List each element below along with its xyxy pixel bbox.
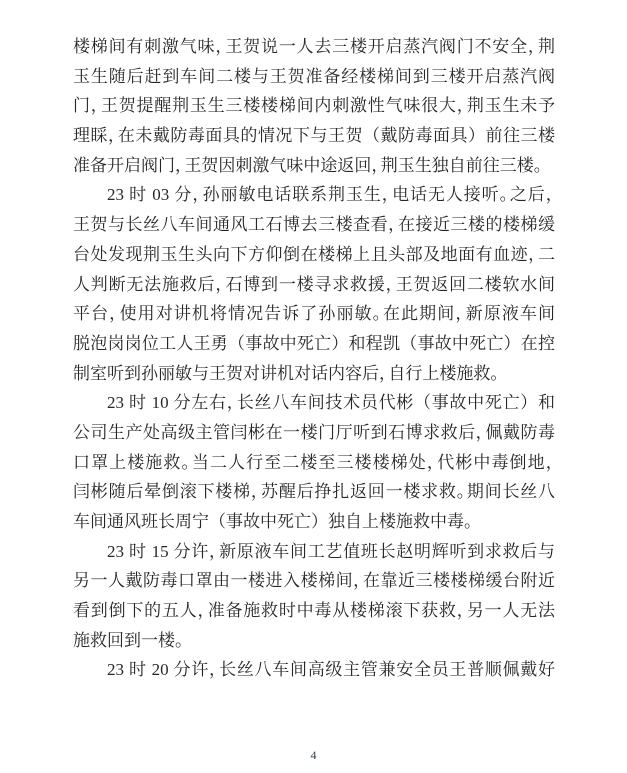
text-line: 人判断无法施救后，石博到一楼寻求救援，王贺返回二楼软水间 <box>73 270 555 300</box>
paragraph: 楼梯间有刺激气味，王贺说一人去三楼开启蒸汽阀门不安全，荆玉生随后赶到车间二楼与王… <box>73 32 555 180</box>
paragraph: 23 时 03 分，孙丽敏电话联系荆玉生，电话无人接听。之后，王贺与长丝八车间通… <box>73 180 555 388</box>
text-line: 制室听到孙丽敏与王贺对讲机对话内容后，自行上楼施救。 <box>73 359 555 389</box>
text-line: 口罩上楼施救。当二人行至二楼至三楼楼梯处，代彬中毒倒地， <box>73 448 555 478</box>
text-line: 理睬，在未戴防毒面具的情况下与王贺（戴防毒面具）前往三楼 <box>73 121 555 151</box>
text-line: 另一人戴防毒口罩由一楼进入楼梯间，在靠近三楼楼梯缓台附近 <box>73 566 555 596</box>
text-line: 脱泡岗岗位工人王勇（事故中死亡）和程凯（事故中死亡）在控 <box>73 329 555 359</box>
page-number: 4 <box>0 748 627 763</box>
text-line: 23 时 15 分许，新原液车间工艺值班长赵明辉听到求救后与 <box>73 537 555 567</box>
paragraph: 23 时 20 分许，长丝八车间高级主管兼安全员王普顺佩戴好 <box>73 655 555 685</box>
text-line: 看到倒下的五人，准备施救时中毒从楼梯滚下获救，另一人无法 <box>73 596 555 626</box>
text-line: 平台，使用对讲机将情况告诉了孙丽敏。在此期间，新原液车间 <box>73 299 555 329</box>
text-line: 玉生随后赶到车间二楼与王贺准备经楼梯间到三楼开启蒸汽阀 <box>73 62 555 92</box>
text-line: 公司生产处高级主管闫彬在一楼门厅听到石博求救后，佩戴防毒 <box>73 418 555 448</box>
text-line: 车间通风班长周宁（事故中死亡）独自上楼施救中毒。 <box>73 507 555 537</box>
text-line: 王贺与长丝八车间通风工石博去三楼查看，在接近三楼的楼梯缓 <box>73 210 555 240</box>
paragraph: 23 时 15 分许，新原液车间工艺值班长赵明辉听到求救后与另一人戴防毒口罩由一… <box>73 537 555 656</box>
text-line: 楼梯间有刺激气味，王贺说一人去三楼开启蒸汽阀门不安全，荆 <box>73 32 555 62</box>
text-line: 23 时 03 分，孙丽敏电话联系荆玉生，电话无人接听。之后， <box>73 180 555 210</box>
text-line: 23 时 10 分左右，长丝八车间技术员代彬（事故中死亡）和 <box>73 388 555 418</box>
text-line: 闫彬随后晕倒滚下楼梯，苏醒后挣扎返回一楼求救。期间长丝八 <box>73 477 555 507</box>
text-line: 施救回到一楼。 <box>73 626 555 656</box>
text-line: 台处发现荆玉生头向下方仰倒在楼梯上且头部及地面有血迹，二 <box>73 240 555 270</box>
paragraph: 23 时 10 分左右，长丝八车间技术员代彬（事故中死亡）和公司生产处高级主管闫… <box>73 388 555 536</box>
text-line: 门，王贺提醒荆玉生三楼楼梯间内刺激性气味很大，荆玉生未予 <box>73 91 555 121</box>
document-page: 楼梯间有刺激气味，王贺说一人去三楼开启蒸汽阀门不安全，荆玉生随后赶到车间二楼与王… <box>0 0 627 773</box>
text-line: 准备开启阀门，王贺因刺激气味中途返回，荆玉生独自前往三楼。 <box>73 151 555 181</box>
body-text: 楼梯间有刺激气味，王贺说一人去三楼开启蒸汽阀门不安全，荆玉生随后赶到车间二楼与王… <box>73 32 555 685</box>
text-line: 23 时 20 分许，长丝八车间高级主管兼安全员王普顺佩戴好 <box>73 655 555 685</box>
